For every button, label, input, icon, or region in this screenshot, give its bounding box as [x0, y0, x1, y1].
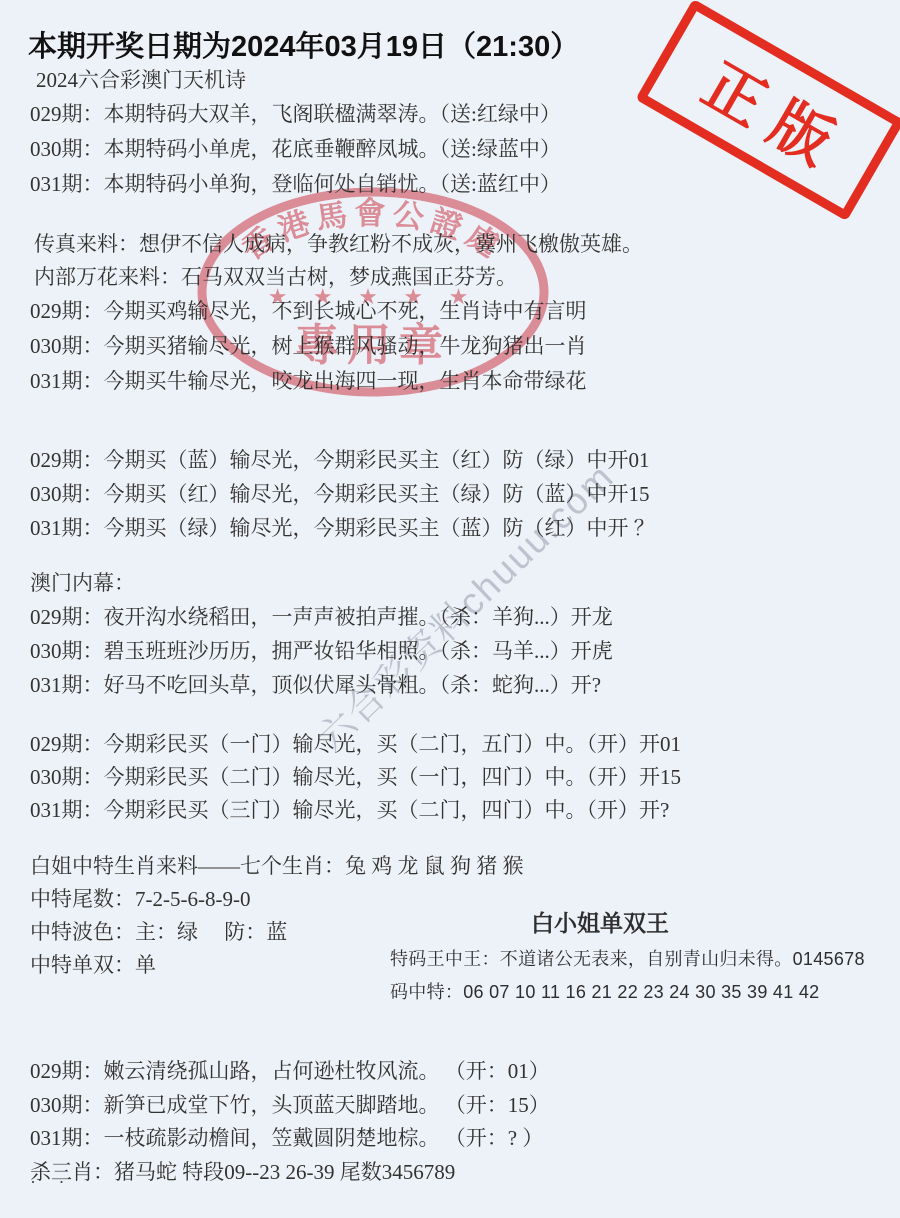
- kill-three-zodiac-line: 杀三肖：猪马蛇 特段09--23 26-39 尾数3456789: [30, 1156, 550, 1190]
- insider-line-031: 031期：好马不吃回头草，顶似伏犀头骨粗。（杀：蛇狗...）开?: [30, 668, 613, 702]
- final-line-029: 029期：嫩云清绕孤山路，占何逊杜牧风流。 （开：01）: [30, 1055, 550, 1089]
- gate-bet-line-031: 031期：今期彩民买（三门）输尽光，买（二门，四门）中。（开）开?: [30, 794, 681, 827]
- gate-bet-line-029: 029期：今期彩民买（一门）输尽光，买（二门，五门）中。（开）开01: [30, 728, 681, 761]
- baixiaojie-king-line: 特码王中王：不道诸公无表来，自别青山归未得。0145678: [390, 945, 870, 971]
- zodiac-bets-section: 029期：今期买鸡输尽光，不到长城心不死，生肖诗中有言明 030期：今期买猪输尽…: [30, 294, 587, 399]
- insider-heading: 澳门内幕：: [30, 567, 135, 597]
- tianji-line-030: 030期：本期特码小单虎，花底垂鞭醉凤城。（送:绿蓝中）: [30, 132, 561, 167]
- insider-section: 029期：夜开沟水绕稻田，一声声被拍声摧。（杀：羊狗...）开龙 030期：碧玉…: [30, 600, 613, 702]
- genuine-stamp: 正 版: [635, 0, 900, 221]
- footer-dots: · ·: [30, 1172, 74, 1193]
- insider-line-030: 030期：碧玉班班沙历历，拥严妆铅华相照。（杀：马羊...）开虎: [30, 634, 613, 668]
- baixiaojie-title: 白小姐单双王: [390, 905, 810, 938]
- final-line-031: 031期：一枝疏影动檐间，笠戴圆阴楚地棕。 （开：? ）: [30, 1122, 550, 1156]
- zodiac-bet-line-030: 030期：今期买猪输尽光，树上猴群风骚动，牛龙狗猪出一肖: [30, 329, 587, 364]
- zodiac-bet-line-029: 029期：今期买鸡输尽光，不到长城心不死，生肖诗中有言明: [30, 294, 587, 329]
- baijie-zodiac-line: 白姐中特生肖来料——七个生肖：兔 鸡 龙 鼠 狗 猪 猴: [30, 850, 524, 883]
- tianji-line-031: 031期：本期特码小单狗，登临何处自销忧。（送:蓝红中）: [30, 167, 561, 202]
- page-title: 本期开奖日期为2024年03月19日（21:30）: [28, 24, 579, 65]
- color-bet-line-030: 030期：今期买（红）输尽光，今期彩民买主（绿）防（蓝）中开15: [30, 477, 655, 511]
- color-bet-line-031: 031期：今期买（绿）输尽光，今期彩民买主（蓝）防（红）中开 ？: [30, 511, 655, 545]
- final-line-030: 030期：新笋已成堂下竹，头顶蓝天脚踏地。 （开：15）: [30, 1089, 550, 1123]
- fax-line: 传真来料：想伊不信人成病，争教红粉不成灰，冀州飞檄傲英雄。: [34, 228, 643, 261]
- baixiaojie-numbers-line: 码中特：06 07 10 11 16 21 22 23 24 30 35 39 …: [390, 978, 870, 1004]
- tianji-section: 029期：本期特码大双羊，飞阁联楹满翠涛。（送:红绿中） 030期：本期特码小单…: [30, 97, 561, 202]
- gate-bet-line-030: 030期：今期彩民买（二门）输尽光，买（一门，四门）中。（开）开15: [30, 761, 681, 794]
- baixiaojie-section: 白小姐单双王 特码王中王：不道诸公无表来，自别青山归未得。0145678 码中特…: [390, 905, 870, 1004]
- tianji-line-029: 029期：本期特码大双羊，飞阁联楹满翠涛。（送:红绿中）: [30, 97, 561, 132]
- insider-line-029: 029期：夜开沟水绕稻田，一声声被拍声摧。（杀：羊狗...）开龙: [30, 600, 613, 634]
- fax-section: 传真来料：想伊不信人成病，争教红粉不成灰，冀州飞檄傲英雄。 内部万花来料：石马双…: [34, 228, 643, 294]
- internal-fax-line: 内部万花来料：石马双双当古树，梦成燕国正芬芳。: [34, 261, 643, 294]
- tianji-heading: 2024六合彩澳门天机诗: [36, 64, 246, 94]
- final-poems-section: 029期：嫩云清绕孤山路，占何逊杜牧风流。 （开：01） 030期：新笋已成堂下…: [30, 1055, 550, 1189]
- color-bet-line-029: 029期：今期买（蓝）输尽光，今期彩民买主（红）防（绿）中开01: [30, 443, 655, 477]
- lottery-tip-sheet: 本期开奖日期为2024年03月19日（21:30） 香港馬會公證處 ★ ★ ★ …: [0, 0, 900, 1218]
- color-bets-section: 029期：今期买（蓝）输尽光，今期彩民买主（红）防（绿）中开01 030期：今期…: [30, 443, 655, 545]
- gate-bets-section: 029期：今期彩民买（一门）输尽光，买（二门，五门）中。（开）开01 030期：…: [30, 728, 681, 827]
- zodiac-bet-line-031: 031期：今期买牛输尽光，咬龙出海四一现，生肖本命带绿花: [30, 364, 587, 399]
